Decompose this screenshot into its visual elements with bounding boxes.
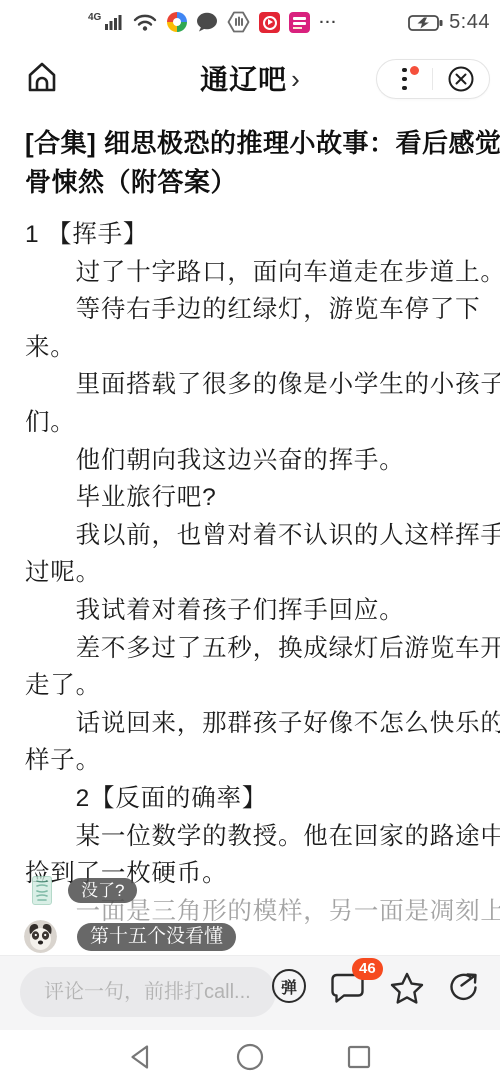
status-left-icons: 4G	[88, 11, 337, 33]
comment-input[interactable]	[20, 967, 276, 1017]
network-type-label: 4G	[88, 12, 101, 23]
signal-bars-icon	[105, 13, 123, 31]
header-bar: 通辽吧›	[0, 48, 500, 110]
nav-back-button[interactable]	[128, 1043, 154, 1071]
danmaku-toggle-label: 弹	[281, 975, 297, 998]
comment-count-badge: 46	[352, 958, 383, 980]
store-app-icon	[289, 12, 310, 33]
capsule-menu-button[interactable]	[377, 60, 432, 98]
permission-app-icon	[227, 11, 250, 33]
post-line: 我以前，也曾对着不认识的人这样挥手	[25, 517, 485, 555]
status-right: 5:44	[408, 11, 490, 34]
chat-app-icon	[196, 12, 218, 32]
app-screen: 4G	[0, 0, 500, 1083]
nav-home-button[interactable]	[236, 1043, 264, 1071]
notification-red-dot	[410, 66, 419, 75]
danmaku-bubble[interactable]: 没了?	[68, 878, 137, 903]
comment-bar: 弹 46	[0, 955, 500, 1031]
post-line: 2【反面的确率】	[25, 780, 485, 818]
danmaku-item: 没了?	[32, 876, 137, 905]
android-nav-bar	[0, 1030, 500, 1083]
post-body: 1 【挥手】 过了十字路口，面向车道走在步道上。 等待右手边的红绿灯，游览车停了…	[25, 216, 485, 930]
post-line: 来。	[25, 329, 485, 367]
chevron-right-icon: ›	[291, 64, 300, 94]
post-title: [合集] 细思极恐的推理小故事：看后感觉毛 骨悚然（附答案）	[25, 124, 480, 202]
post-line: 他们朝向我这边兴奋的挥手。	[25, 442, 485, 480]
post-line: 里面搭载了很多的像是小学生的小孩子	[25, 366, 485, 404]
nav-recents-button[interactable]	[346, 1044, 372, 1070]
post-line: 某一位数学的教授。他在回家的路途中	[25, 818, 485, 856]
forum-title: 通辽吧	[200, 64, 287, 95]
post-line: 话说回来，那群孩子好像不怎么快乐的	[25, 705, 485, 743]
post-line: 过呢。	[25, 554, 485, 592]
post-line: 等待右手边的红绿灯，游览车停了下	[25, 291, 485, 329]
menu-dots-icon	[402, 68, 407, 91]
post-line: 1 【挥手】	[25, 216, 485, 254]
post-title-line: [合集] 细思极恐的推理小故事：看后感觉毛	[25, 124, 480, 163]
post-line: 样子。	[25, 742, 485, 780]
star-icon	[388, 971, 426, 1007]
close-circle-icon	[447, 65, 475, 93]
post-line: 差不多过了五秒，换成绿灯后游览车开	[25, 630, 485, 668]
status-bar: 4G	[0, 0, 500, 48]
more-notifications-label: ···	[319, 14, 337, 31]
home-circle-icon	[236, 1043, 264, 1071]
recents-square-icon	[346, 1044, 372, 1070]
post-line: 毕业旅行吧?	[25, 479, 485, 517]
danmaku-bubble[interactable]: 第十五个没看懂	[77, 923, 236, 951]
post-line: 过了十字路口，面向车道走在步道上。	[25, 254, 485, 292]
wifi-icon	[132, 12, 158, 32]
browser-app-icon	[167, 12, 187, 32]
share-button[interactable]	[445, 970, 481, 1011]
clock-time: 5:44	[449, 11, 490, 34]
post-title-line: 骨悚然（附答案）	[25, 163, 480, 202]
danmaku-item: 第十五个没看懂	[24, 920, 236, 953]
share-icon	[445, 970, 481, 1006]
commenter-avatar-seal	[32, 876, 52, 905]
commenter-avatar-dog	[24, 920, 57, 953]
post-line: 走了。	[25, 667, 485, 705]
back-triangle-icon	[128, 1043, 154, 1071]
post-line: 们。	[25, 404, 485, 442]
battery-charging-icon	[408, 14, 444, 32]
capsule-close-button[interactable]	[433, 60, 488, 98]
post-line: 我试着对着孩子们挥手回应。	[25, 592, 485, 630]
danmaku-toggle-button[interactable]: 弹	[272, 969, 306, 1003]
favorite-button[interactable]	[388, 971, 426, 1012]
video-app-icon	[259, 12, 280, 33]
miniapp-capsule	[376, 59, 490, 99]
